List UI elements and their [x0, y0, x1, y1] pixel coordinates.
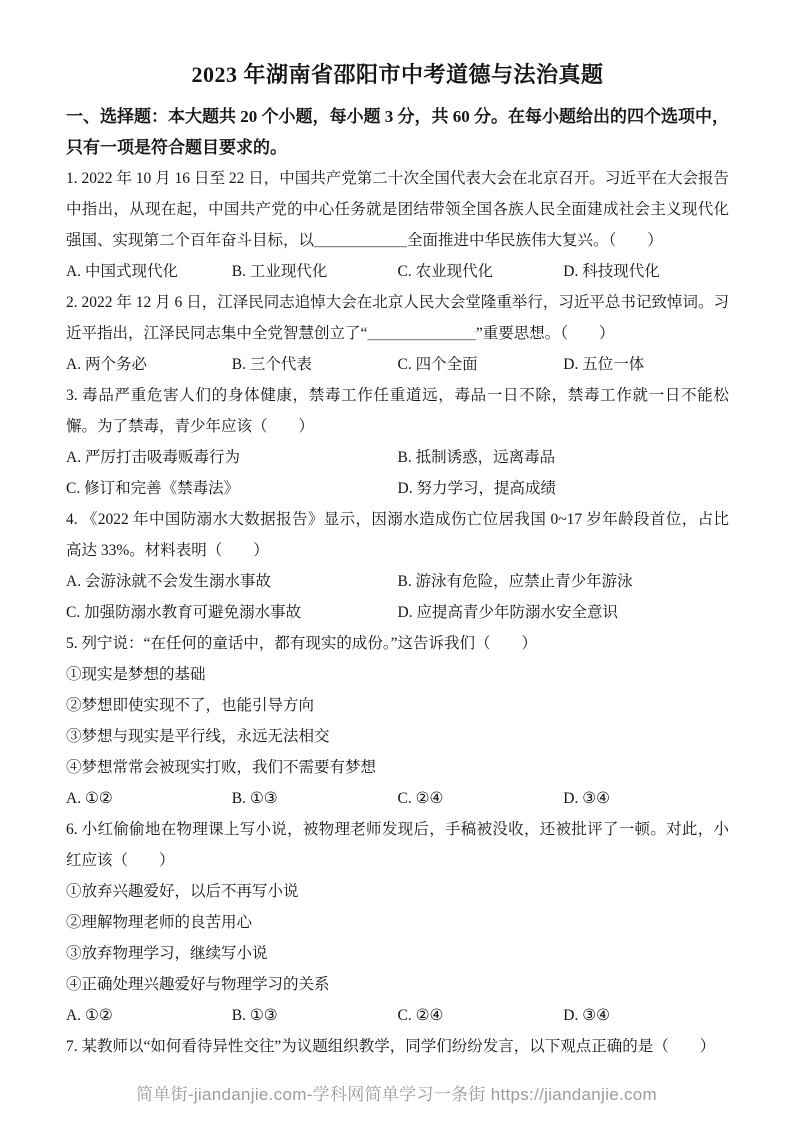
question-5-option-a: A. ①②: [66, 783, 232, 814]
question-6-stem: 6. 小红偷偷地在物理课上写小说，被物理老师发现后，手稿被没收，还被批评了一顿。…: [66, 814, 729, 876]
question-5: 5. 列宁说：“在任何的童话中，都有现实的成份。”这告诉我们（ ） ①现实是梦想…: [66, 628, 729, 814]
question-3-option-d: D. 努力学习，提高成绩: [398, 473, 730, 504]
question-4-option-a: A. 会游泳就不会发生溺水事故: [66, 566, 398, 597]
question-5-subitem-1: ①现实是梦想的基础: [66, 659, 729, 690]
question-1-option-b: B. 工业现代化: [232, 256, 398, 287]
question-4-option-b: B. 游泳有危险，应禁止青少年游泳: [398, 566, 730, 597]
question-7-stem: 7. 某教师以“如何看待异性交往”为议题组织教学，同学们纷纷发言，以下观点正确的…: [66, 1031, 729, 1062]
question-2-option-a: A. 两个务必: [66, 349, 232, 380]
question-6: 6. 小红偷偷地在物理课上写小说，被物理老师发现后，手稿被没收，还被批评了一顿。…: [66, 814, 729, 1031]
question-6-option-c: C. ②④: [398, 1000, 564, 1031]
question-1: 1. 2022 年 10 月 16 日至 22 日，中国共产党第二十次全国代表大…: [66, 163, 729, 287]
question-5-option-c: C. ②④: [398, 783, 564, 814]
question-5-subitem-3: ③梦想与现实是平行线，永远无法相交: [66, 721, 729, 752]
watermark-footer: 简单街-jiandanjie.com-学科网简单学习一条街 https://ji…: [0, 1080, 793, 1105]
question-5-option-d: D. ③④: [563, 783, 729, 814]
question-5-subitem-2: ②梦想即使实现不了，也能引导方向: [66, 690, 729, 721]
question-6-subitem-4: ④正确处理兴趣爱好与物理学习的关系: [66, 969, 729, 1000]
question-1-option-c: C. 农业现代化: [398, 256, 564, 287]
question-4-option-c: C. 加强防溺水教育可避免溺水事故: [66, 597, 398, 628]
question-6-options: A. ①② B. ①③ C. ②④ D. ③④: [66, 1000, 729, 1031]
question-4: 4. 《2022 年中国防溺水大数据报告》显示，因溺水造成伤亡位居我国 0~17…: [66, 504, 729, 628]
question-2: 2. 2022 年 12 月 6 日，江泽民同志追悼大会在北京人民大会堂隆重举行…: [66, 287, 729, 380]
question-5-stem: 5. 列宁说：“在任何的童话中，都有现实的成份。”这告诉我们（ ）: [66, 628, 729, 659]
question-5-options: A. ①② B. ①③ C. ②④ D. ③④: [66, 783, 729, 814]
question-4-options: A. 会游泳就不会发生溺水事故 B. 游泳有危险，应禁止青少年游泳 C. 加强防…: [66, 566, 729, 628]
question-3-option-a: A. 严厉打击吸毒贩毒行为: [66, 442, 398, 473]
section-header: 一、选择题：本大题共 20 个小题，每小题 3 分，共 60 分。在每小题给出的…: [66, 101, 729, 163]
question-5-option-b: B. ①③: [232, 783, 398, 814]
question-3: 3. 毒品严重危害人们的身体健康，禁毒工作任重道远，毒品一日不除，禁毒工作就一日…: [66, 380, 729, 504]
exam-document-page: 2023 年湖南省邵阳市中考道德与法治真题 一、选择题：本大题共 20 个小题，…: [0, 0, 793, 1122]
question-3-option-b: B. 抵制诱惑，远离毒品: [398, 442, 730, 473]
question-2-option-d: D. 五位一体: [563, 349, 729, 380]
question-1-options: A. 中国式现代化 B. 工业现代化 C. 农业现代化 D. 科技现代化: [66, 256, 729, 287]
question-6-subitem-2: ②理解物理老师的良苦用心: [66, 907, 729, 938]
question-6-subitem-3: ③放弃物理学习，继续写小说: [66, 938, 729, 969]
question-3-stem: 3. 毒品严重危害人们的身体健康，禁毒工作任重道远，毒品一日不除，禁毒工作就一日…: [66, 380, 729, 442]
question-4-stem: 4. 《2022 年中国防溺水大数据报告》显示，因溺水造成伤亡位居我国 0~17…: [66, 504, 729, 566]
question-1-option-d: D. 科技现代化: [563, 256, 729, 287]
question-5-subitem-4: ④梦想常常会被现实打败，我们不需要有梦想: [66, 752, 729, 783]
question-2-stem: 2. 2022 年 12 月 6 日，江泽民同志追悼大会在北京人民大会堂隆重举行…: [66, 287, 729, 349]
question-6-option-b: B. ①③: [232, 1000, 398, 1031]
question-6-option-a: A. ①②: [66, 1000, 232, 1031]
question-3-option-c: C. 修订和完善《禁毒法》: [66, 473, 398, 504]
question-4-option-d: D. 应提高青少年防溺水安全意识: [398, 597, 730, 628]
question-2-option-c: C. 四个全面: [398, 349, 564, 380]
question-1-option-a: A. 中国式现代化: [66, 256, 232, 287]
question-7: 7. 某教师以“如何看待异性交往”为议题组织教学，同学们纷纷发言，以下观点正确的…: [66, 1031, 729, 1062]
question-2-options: A. 两个务必 B. 三个代表 C. 四个全面 D. 五位一体: [66, 349, 729, 380]
page-title: 2023 年湖南省邵阳市中考道德与法治真题: [66, 58, 729, 92]
question-3-options: A. 严厉打击吸毒贩毒行为 B. 抵制诱惑，远离毒品 C. 修订和完善《禁毒法》…: [66, 442, 729, 504]
question-6-option-d: D. ③④: [563, 1000, 729, 1031]
question-6-subitem-1: ①放弃兴趣爱好，以后不再写小说: [66, 876, 729, 907]
question-1-stem: 1. 2022 年 10 月 16 日至 22 日，中国共产党第二十次全国代表大…: [66, 163, 729, 256]
question-2-option-b: B. 三个代表: [232, 349, 398, 380]
